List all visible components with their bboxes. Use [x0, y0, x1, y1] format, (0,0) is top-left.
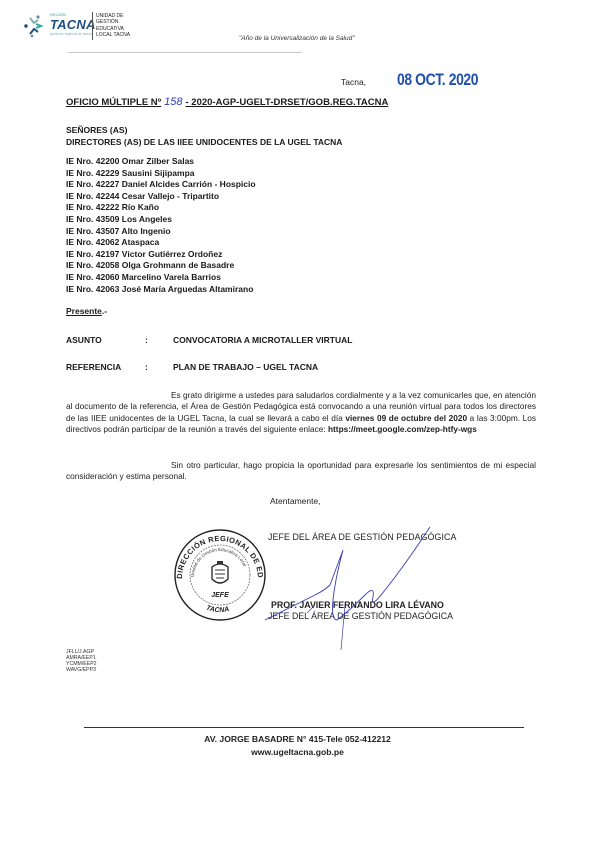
list-item: IE Nro. 42229 Sausini Sijipampa [66, 168, 256, 180]
handwritten-signature-icon [255, 525, 435, 655]
list-item: IE Nro. 42244 Cesar Vallejo - Tripartito [66, 191, 256, 203]
seal-role: JEFE [211, 592, 229, 599]
salutation-suffix: .- [102, 306, 107, 316]
list-item: IE Nro. 42060 Marcelino Varela Barrios [66, 272, 256, 284]
initials-line: WAVG/EPP3 [66, 667, 97, 673]
body-paragraph-2: Sin otro particular, hago propicia la op… [66, 460, 536, 483]
region-logo-icon [22, 14, 46, 38]
footer-divider [84, 727, 524, 728]
svg-text:TACNA: TACNA [205, 605, 230, 615]
list-item: IE Nro. 42227 Daniel Alcides Carrión - H… [66, 179, 256, 191]
body-paragraph-1: Es grato dirigirme a ustedes para saluda… [66, 390, 536, 435]
date-place: Tacna, [341, 77, 366, 87]
addressee-line: DIRECTORES (AS) DE LAS IIEE UNIDOCENTES … [66, 136, 342, 148]
ugel-name-block: UNIDAD DE GESTIÓN EDUCATIVA LOCAL TACNA [96, 13, 130, 38]
date-stamp: 08 OCT. 2020 [397, 70, 478, 90]
oficio-prefix: OFICIO MÚLTIPLE Nº [66, 97, 161, 108]
footer-address: AV. JORGE BASADRE N° 415-Tele 052-412212 [0, 734, 595, 744]
list-item: IE Nro. 42197 Víctor Gutiérrez Ordoñez [66, 249, 256, 261]
logo-tagline: gobierno regional de tacna [50, 32, 91, 36]
svg-text:DIRECCIÓN REGIONAL DE EDUCACIÓ: DIRECCIÓN REGIONAL DE EDUCACIÓN [172, 527, 265, 579]
oficio-suffix: - 2020-AGP-UGELT-DRSET/GOB.REG.TACNA [185, 97, 388, 108]
list-item: IE Nro. 42063 José María Arguedas Altami… [66, 284, 256, 296]
closing: Atentamente, [270, 496, 321, 506]
subject-label: ASUNTO [66, 335, 102, 345]
reference-value: PLAN DE TRABAJO – UGEL TACNA [173, 362, 318, 372]
official-seal-icon: DIRECCIÓN REGIONAL DE EDUCACIÓN Unidad d… [172, 527, 268, 623]
meeting-date: viernes 09 de octubre del 2020 [345, 413, 467, 423]
list-item: IE Nro. 42058 Olga Grohmann de Basadre [66, 260, 256, 272]
salutation-text: Presente [66, 306, 102, 316]
logo-divider [92, 12, 93, 40]
body-text-segment: Sin otro particular, hago propicia la op… [66, 460, 536, 481]
seal-outer-text: DIRECCIÓN REGIONAL DE EDUCACIÓN [172, 527, 265, 579]
reference-colon: : [145, 362, 148, 372]
ugel-line: LOCAL TACNA [96, 32, 130, 38]
list-item: IE Nro. 43509 Los Angeles [66, 214, 256, 226]
seal-city: TACNA [205, 605, 230, 615]
list-item: IE Nro. 42222 Río Kaño [66, 202, 256, 214]
oficio-number: 158 [164, 96, 182, 108]
subject-colon: : [145, 335, 148, 345]
list-item: IE Nro. 42062 Ataspaca [66, 237, 256, 249]
header-divider [68, 52, 302, 53]
meeting-link[interactable]: https://meet.google.com/zep-htfy-wgs [328, 424, 477, 434]
institution-list: IE Nro. 42200 Omar Zilber Salas IE Nro. … [66, 156, 256, 295]
salutation: Presente.- [66, 306, 107, 316]
addressee: SEÑORES (AS) DIRECTORES (AS) DE LAS IIEE… [66, 124, 342, 148]
year-motto: "Año de la Universalización de la Salud" [239, 35, 355, 42]
logo-name: TACNA [50, 17, 96, 32]
subject-value: CONVOCATORIA A MICROTALLER VIRTUAL [173, 335, 352, 345]
document-reference-title: OFICIO MÚLTIPLE Nº158- 2020-AGP-UGELT-DR… [66, 96, 388, 108]
list-item: IE Nro. 42200 Omar Zilber Salas [66, 156, 256, 168]
typist-initials: JFLL/J.AGP AMRA/EEP1 YCMM/EEP2 WAVG/EPP3 [66, 649, 97, 673]
list-item: IE Nro. 43507 Alto Ingenio [66, 226, 256, 238]
addressee-line: SEÑORES (AS) [66, 124, 342, 136]
reference-label: REFERENCIA [66, 362, 121, 372]
footer-website-link[interactable]: www.ugeltacna.gob.pe [0, 747, 595, 757]
